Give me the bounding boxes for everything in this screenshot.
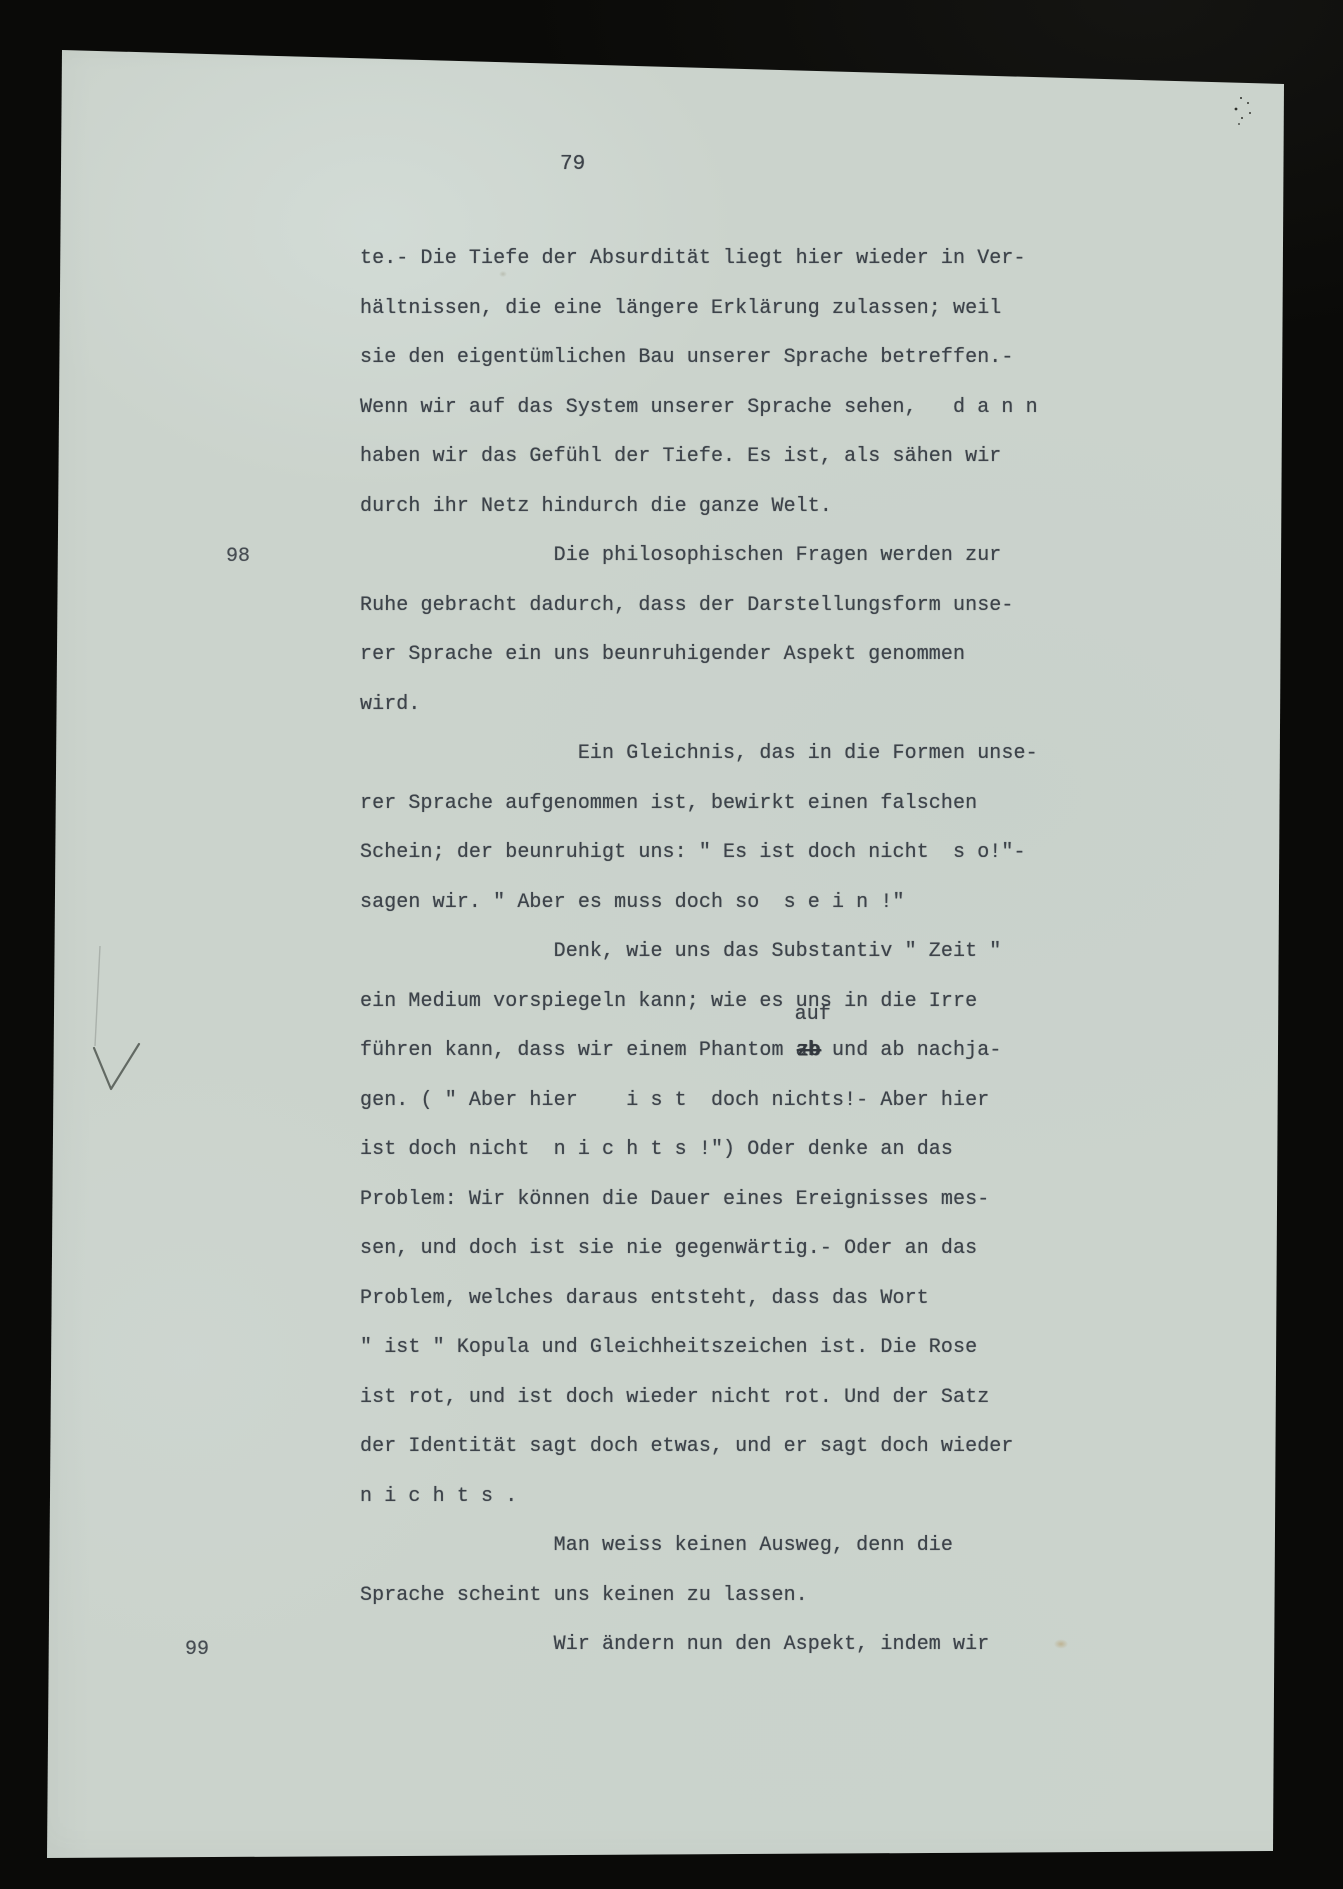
- typed-line: hältnissen, die eine längere Erklärung z…: [360, 284, 1038, 334]
- typed-line: Man weiss keinen Ausweg, denn die: [360, 1521, 1038, 1571]
- typed-line: te.- Die Tiefe der Absurdität liegt hier…: [360, 234, 1038, 284]
- typed-text-block: te.- Die Tiefe der Absurdität liegt hier…: [360, 234, 1038, 1670]
- typed-line: sie den eigentümlichen Bau unserer Sprac…: [360, 333, 1038, 383]
- struck-word: abzbauf: [796, 1026, 820, 1076]
- paper-stain: [1052, 1638, 1070, 1650]
- typed-line: ist rot, und ist doch wieder nicht rot. …: [360, 1373, 1038, 1423]
- typed-line: Wenn wir auf das System unserer Sprache …: [360, 383, 1038, 433]
- typed-line: Ruhe gebracht dadurch, dass der Darstell…: [360, 581, 1038, 631]
- pencil-checkmark-icon: [80, 930, 160, 1100]
- typed-line: wird.: [360, 680, 1038, 730]
- typed-line: sen, und doch ist sie nie gegenwärtig.- …: [360, 1224, 1038, 1274]
- paper-stain-small: [498, 270, 508, 278]
- margin-number-98: 98: [226, 545, 250, 568]
- typed-line: Die philosophischen Fragen werden zur: [360, 531, 1038, 581]
- paper-sheet: 79 98 99 te.- Die Tiefe der Absurdität l…: [0, 0, 1343, 1889]
- typed-line: " ist " Kopula und Gleichheitszeichen is…: [360, 1323, 1038, 1373]
- margin-number-99: 99: [185, 1638, 209, 1661]
- typed-line: Ein Gleichnis, das in die Formen unse-: [360, 729, 1038, 779]
- scanned-document-page: 79 98 99 te.- Die Tiefe der Absurdität l…: [0, 0, 1343, 1889]
- typed-line: sagen wir. " Aber es muss doch so s e i …: [360, 878, 1038, 928]
- typed-line: n i c h t s .: [360, 1472, 1038, 1522]
- inserted-word-above-line: auf: [795, 1005, 831, 1025]
- page-number: 79: [560, 153, 585, 176]
- typed-line: Sprache scheint uns keinen zu lassen.: [360, 1571, 1038, 1621]
- typed-line: gen. ( " Aber hier i s t doch nichts!- A…: [360, 1076, 1038, 1126]
- paper-speckles: [1240, 97, 1242, 99]
- typed-line: führen kann, dass wir einem Phantom abzb…: [360, 1026, 1038, 1076]
- typed-line: Schein; der beunruhigt uns: " Es ist doc…: [360, 828, 1038, 878]
- typed-line: haben wir das Gefühl der Tiefe. Es ist, …: [360, 432, 1038, 482]
- typed-line: Problem: Wir können die Dauer eines Erei…: [360, 1175, 1038, 1225]
- typed-line: rer Sprache aufgenommen ist, bewirkt ein…: [360, 779, 1038, 829]
- typed-line: Denk, wie uns das Substantiv " Zeit ": [360, 927, 1038, 977]
- overtype-strike: zb: [797, 1026, 821, 1076]
- typed-line: durch ihr Netz hindurch die ganze Welt.: [360, 482, 1038, 532]
- typed-line: Problem, welches daraus entsteht, dass d…: [360, 1274, 1038, 1324]
- typed-line: rer Sprache ein uns beunruhigender Aspek…: [360, 630, 1038, 680]
- typed-line: ein Medium vorspiegeln kann; wie es uns …: [360, 977, 1038, 1027]
- typed-line: Wir ändern nun den Aspekt, indem wir: [360, 1620, 1038, 1670]
- typed-line: der Identität sagt doch etwas, und er sa…: [360, 1422, 1038, 1472]
- typed-line: ist doch nicht n i c h t s !") Oder denk…: [360, 1125, 1038, 1175]
